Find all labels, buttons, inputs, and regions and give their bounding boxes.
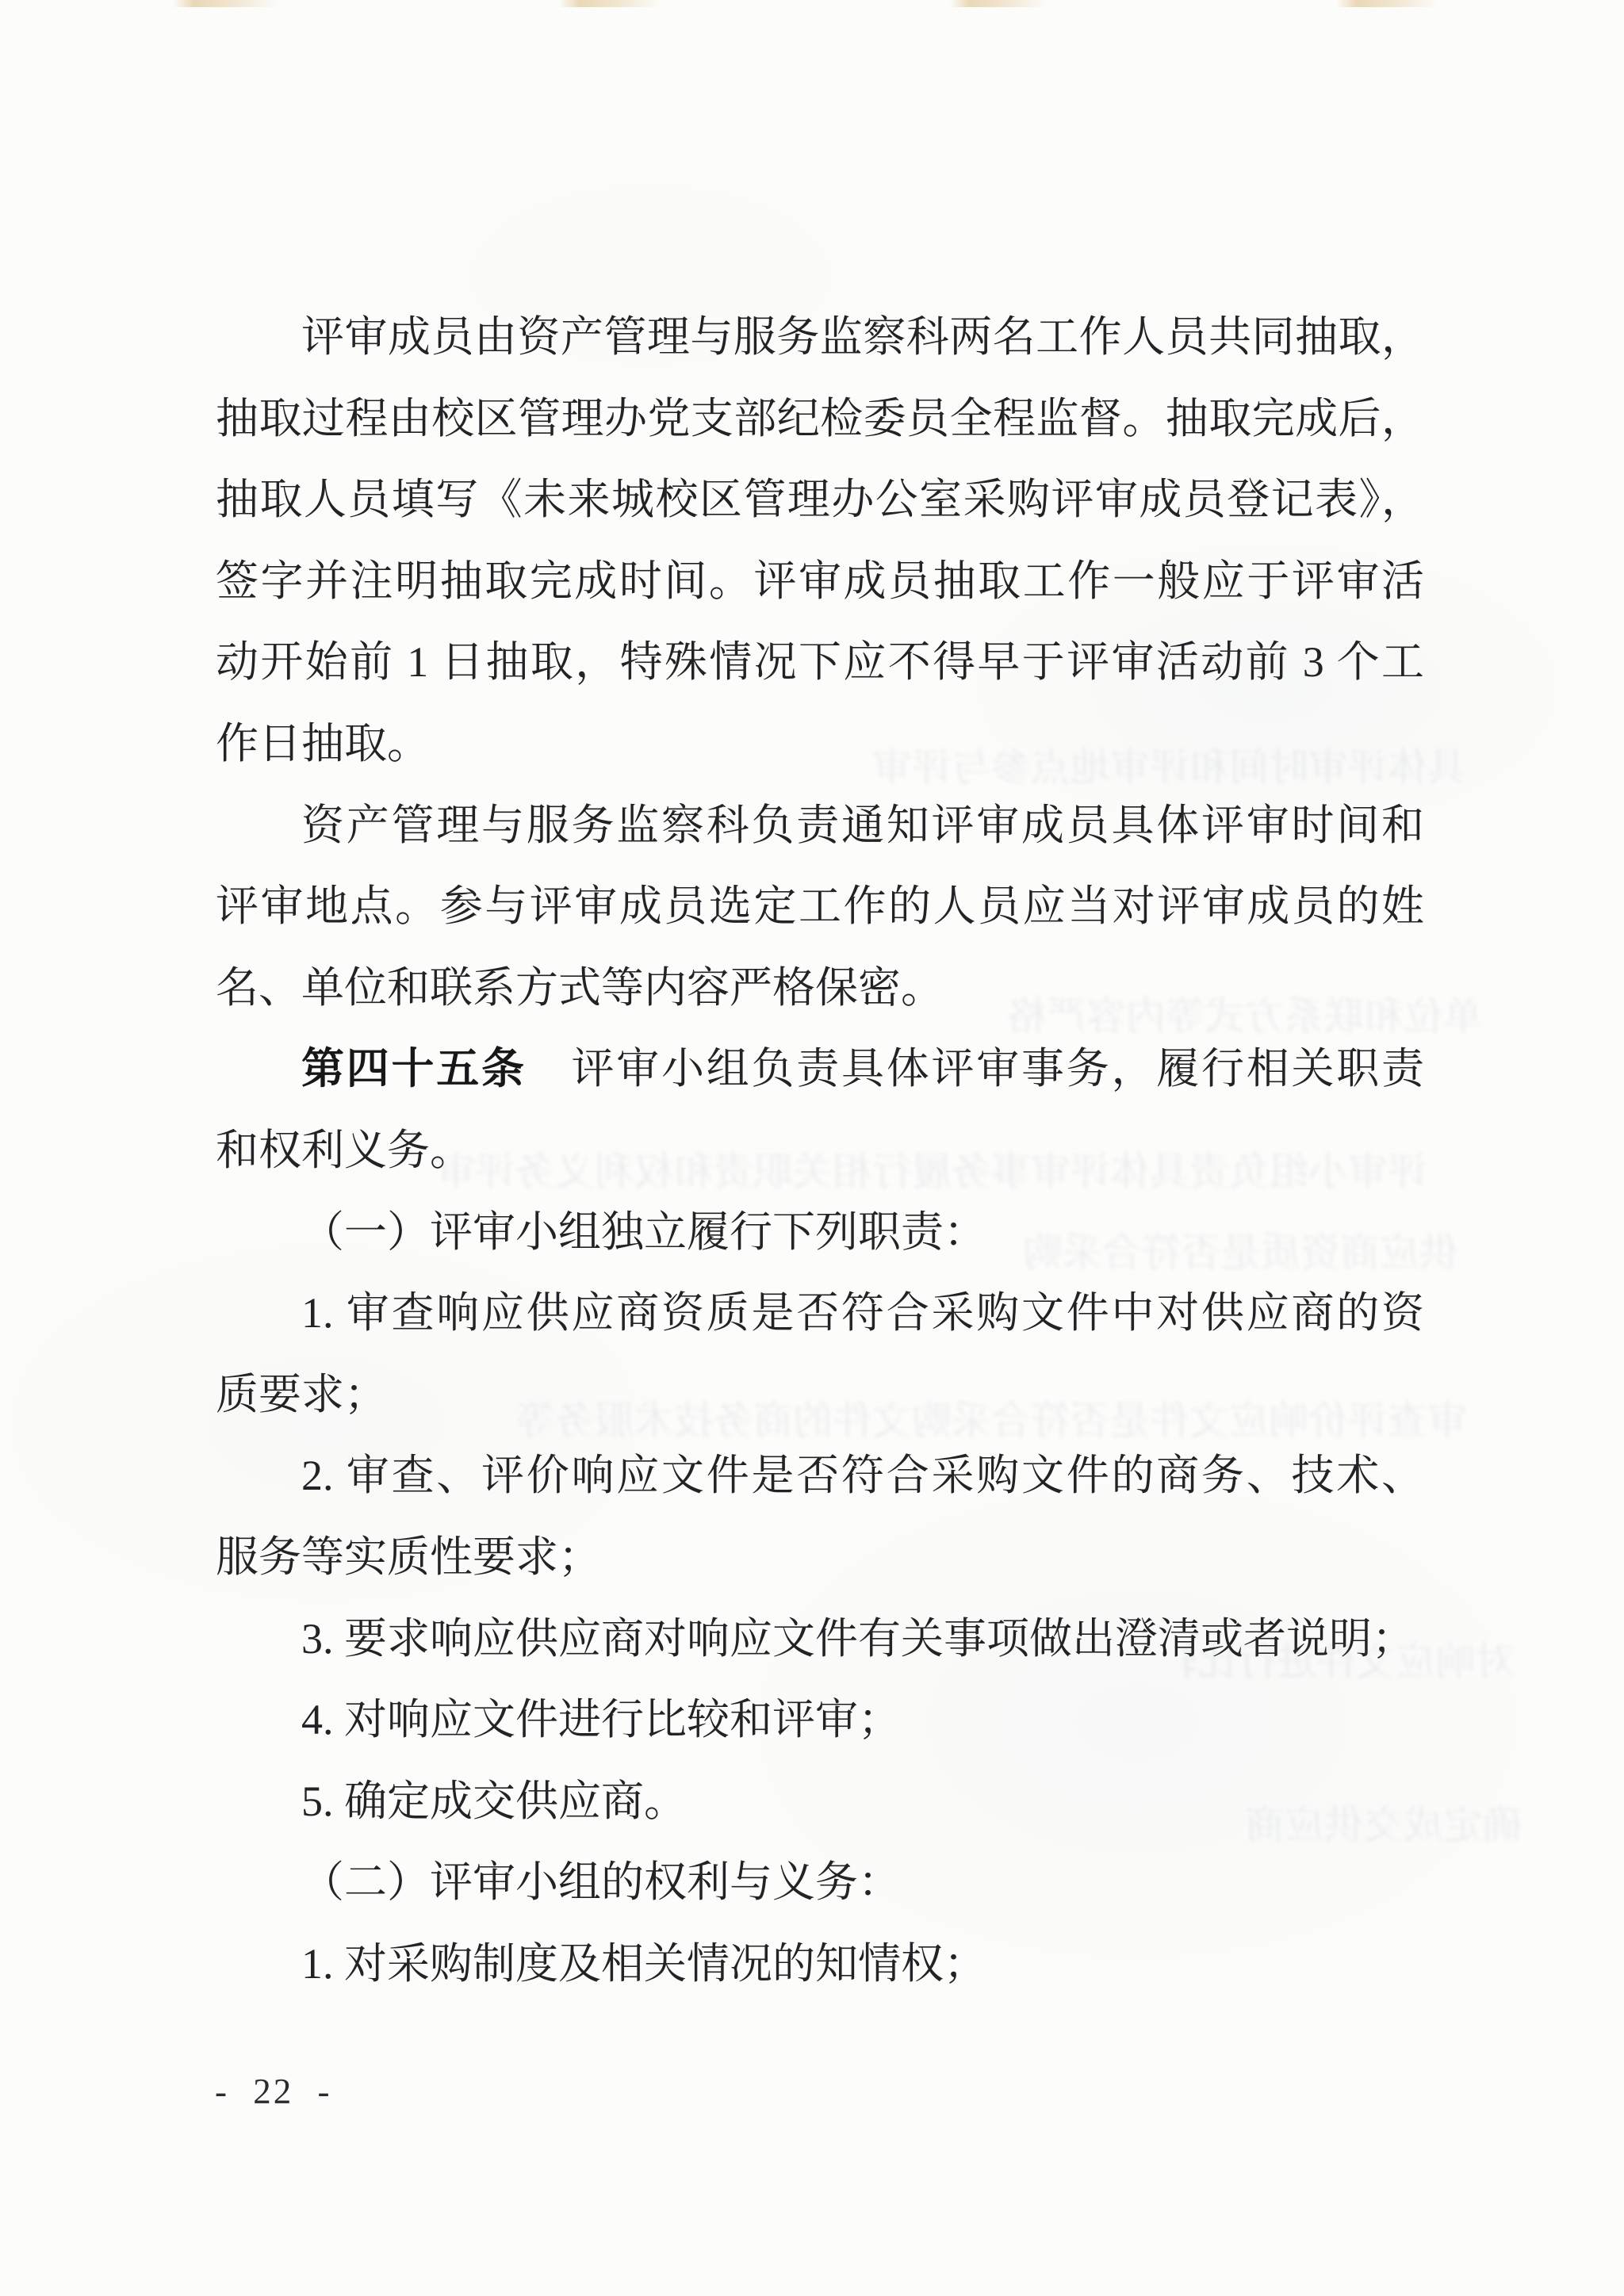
para-duty-5-line-1: 5. 确定成交供应商。 — [216, 1761, 1424, 1843]
top-edge-mark-2 — [559, 0, 661, 7]
para-member-drawing-line-1: 评审成员由资产管理与服务监察科两名工作人员共同抽取， — [216, 297, 1424, 378]
para-duty-1-line-2: 质要求； — [216, 1354, 1424, 1436]
para-notification-confidentiality-line-2: 评审地点。参与评审成员选定工作的人员应当对评审成员的姓 — [216, 866, 1424, 947]
para-right-1-line-1: 1. 对采购制度及相关情况的知情权； — [216, 1923, 1424, 2005]
para-member-drawing-line-2: 抽取过程由校区管理办党支部纪检委员全程监督。抽取完成后， — [216, 378, 1424, 460]
para-member-drawing-line-3: 抽取人员填写《未来城校区管理办公室采购评审成员登记表》， — [216, 459, 1424, 541]
top-edge-mark-4 — [1336, 0, 1438, 7]
document-body: 评审成员由资产管理与服务监察科两名工作人员共同抽取，抽取过程由校区管理办党支部纪… — [216, 297, 1424, 2004]
para-article-45-line-1: 第四十五条 评审小组负责具体评审事务，履行相关职责 — [216, 1028, 1424, 1110]
para-member-drawing-line-4: 签字并注明抽取完成时间。评审成员抽取工作一般应于评审活 — [216, 541, 1424, 622]
top-edge-mark-1 — [173, 0, 278, 7]
para-duty-2-line-1: 2. 审查、评价响应文件是否符合采购文件的商务、技术、 — [216, 1435, 1424, 1517]
para-member-drawing-line-6: 作日抽取。 — [216, 703, 1424, 785]
page-number: - 22 - — [215, 2071, 331, 2112]
scanned-document-page: 评审成员由资产管理与服务监察科两名工作人员共同抽取，抽取过程由校区管理办党支部纪… — [0, 0, 1624, 2296]
para-notification-confidentiality-line-3: 名、单位和联系方式等内容严格保密。 — [216, 947, 1424, 1029]
para-duty-1-line-1: 1. 审查响应供应商资质是否符合采购文件中对供应商的资 — [216, 1272, 1424, 1354]
para-duties-heading-line-1: （一）评审小组独立履行下列职责： — [216, 1192, 1424, 1273]
para-article-45-line-2: 和权利义务。 — [216, 1110, 1424, 1192]
para-notification-confidentiality-line-1: 资产管理与服务监察科负责通知评审成员具体评审时间和 — [216, 785, 1424, 867]
para-member-drawing-line-5: 动开始前 1 日抽取，特殊情况下应不得早于评审活动前 3 个工 — [216, 622, 1424, 703]
para-duty-3-line-1: 3. 要求响应供应商对响应文件有关事项做出澄清或者说明； — [216, 1598, 1424, 1680]
top-edge-mark-3 — [950, 0, 1047, 7]
para-duty-4-line-1: 4. 对响应文件进行比较和评审； — [216, 1679, 1424, 1761]
article-number-bold: 第四十五条 — [301, 1045, 527, 1093]
para-rights-heading-line-1: （二）评审小组的权利与义务： — [216, 1842, 1424, 1923]
para-duty-2-line-2: 服务等实质性要求； — [216, 1517, 1424, 1598]
